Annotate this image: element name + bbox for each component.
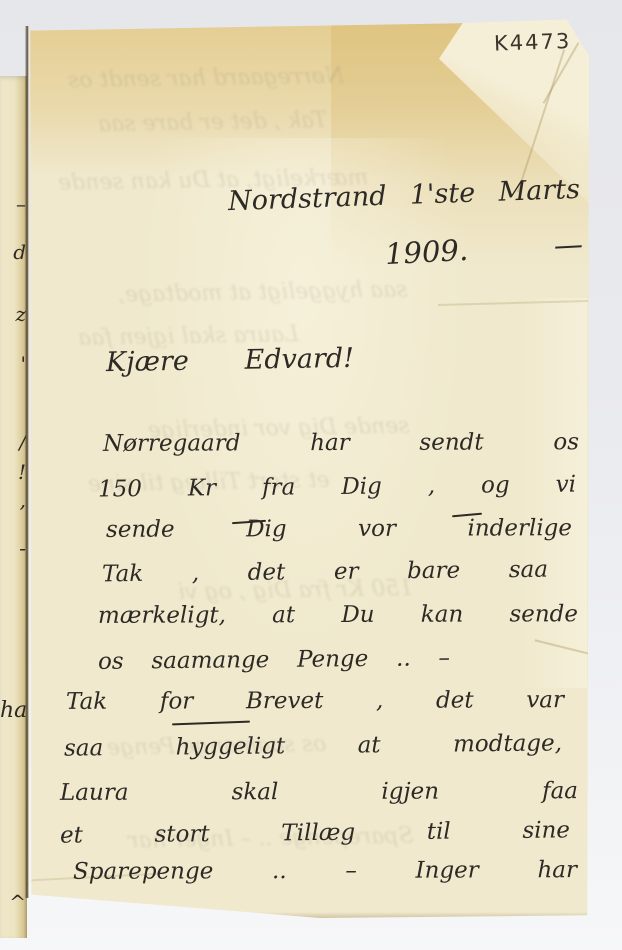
body-line: Tak , det er bare saa [102,557,548,588]
salutation: Kjære Edvard! [106,343,355,378]
ink-fragment: / [0,432,26,452]
scanned-letter-page: – d z ' / ! , - haz ^ Nørregaard har sen… [0,0,622,950]
body-line: sende Dig vor inderlige [106,515,572,543]
catalog-number: K4473 [494,28,587,55]
body-line: mærkeligt, at Du kan sende [98,601,578,629]
body-line: 150 Kr fra Dig , og vi [98,471,576,502]
body-line: et stort Tillæg til sine [60,817,570,849]
ink-fragment: ^ [0,892,26,912]
paper-bottom-edge [28,912,589,918]
ink-fragment: d [0,242,26,262]
body-line: Tak for Brevet , det var [66,687,564,715]
body-line: Nørregaard har sendt os [103,429,579,457]
ink-fragment: haz [0,700,26,722]
ink-fragment: , [0,490,26,510]
body-line: os saamange Penge .. – [98,645,450,675]
body-line: Sparepenge .. – Inger har [73,857,577,885]
page-fold-line [25,26,29,898]
ink-fragment: ! [0,462,26,482]
ink-fragment: - [0,538,26,558]
body-line: Laura skal igjen faa [60,778,578,806]
folded-page-edge: – d z ' / ! , - haz ^ [0,76,27,938]
ink-fragment: z [0,304,26,324]
ink-fragment: ' [0,354,26,374]
ink-fragment: – [0,194,26,214]
body-line: saa hyggeligt at modtage, [64,730,562,762]
